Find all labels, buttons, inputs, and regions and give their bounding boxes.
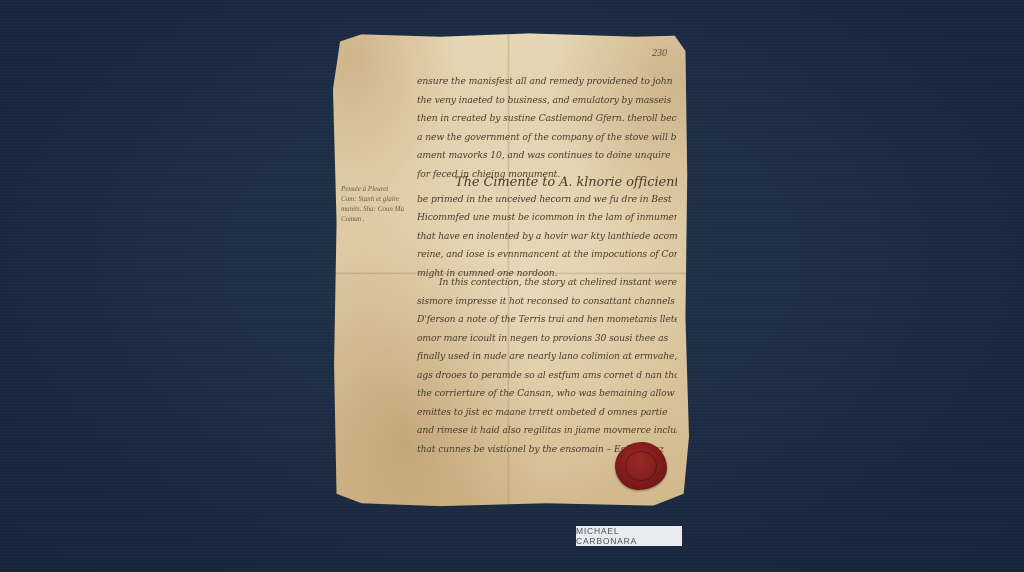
text-line-heading: The Cimente to A. klnorie officient in t… bbox=[417, 175, 677, 194]
text-line: omor mare icoult in negen to provions 30… bbox=[417, 333, 677, 352]
text-line: be primed in the unceived hecorn and we … bbox=[417, 194, 677, 213]
text-line: ensure the manisfest all and remedy prov… bbox=[417, 76, 677, 95]
margin-note: Pensée à Pleuret Com: Stanh et glaire mu… bbox=[341, 184, 405, 224]
text-line: ament mavorks 10, and was continues to d… bbox=[417, 150, 677, 169]
text-line: then in created by sustine Castlemond Gf… bbox=[417, 113, 677, 132]
photographer-credit-caption: MICHAEL CARBONARA bbox=[576, 526, 682, 546]
text-line: sismore impresse it hot reconsed to cons… bbox=[417, 296, 677, 315]
backdrop: 230 Pensée à Pleuret Com: Stanh et glair… bbox=[0, 0, 1024, 572]
text-line: D'ferson a note of the Terris trai and h… bbox=[417, 314, 677, 333]
text-line: a new the government of the company of t… bbox=[417, 132, 677, 151]
text-line: emittes to jist ec maane trrett ombeted … bbox=[417, 407, 677, 426]
text-line: the veny inaeted to business, and emulat… bbox=[417, 95, 677, 114]
text-line: ags drooes to peramde so al estfum ams c… bbox=[417, 370, 677, 389]
text-line: and rimese it haid also regilitas in jia… bbox=[417, 425, 677, 444]
text-line: reine, and iose is evnnmancent at the im… bbox=[417, 249, 677, 268]
paragraph-2: The Cimente to A. klnorie officient in t… bbox=[417, 175, 677, 286]
text-line: that have en inolented by a hovir war kt… bbox=[417, 231, 677, 250]
wax-seal-icon bbox=[615, 442, 667, 490]
text-line: finally used in nude are nearly lano col… bbox=[417, 351, 677, 370]
page-number: 230 bbox=[652, 48, 667, 59]
text-line: In this contection, the story at chelire… bbox=[417, 277, 677, 296]
manuscript-document: 230 Pensée à Pleuret Com: Stanh et glair… bbox=[333, 32, 689, 508]
text-line: Hicommfed une must be icommon in the lam… bbox=[417, 212, 677, 231]
text-line: the corrierture of the Cansan, who was b… bbox=[417, 388, 677, 407]
paragraph-3: In this contection, the story at chelire… bbox=[417, 277, 677, 462]
paragraph-1: ensure the manisfest all and remedy prov… bbox=[417, 76, 677, 187]
